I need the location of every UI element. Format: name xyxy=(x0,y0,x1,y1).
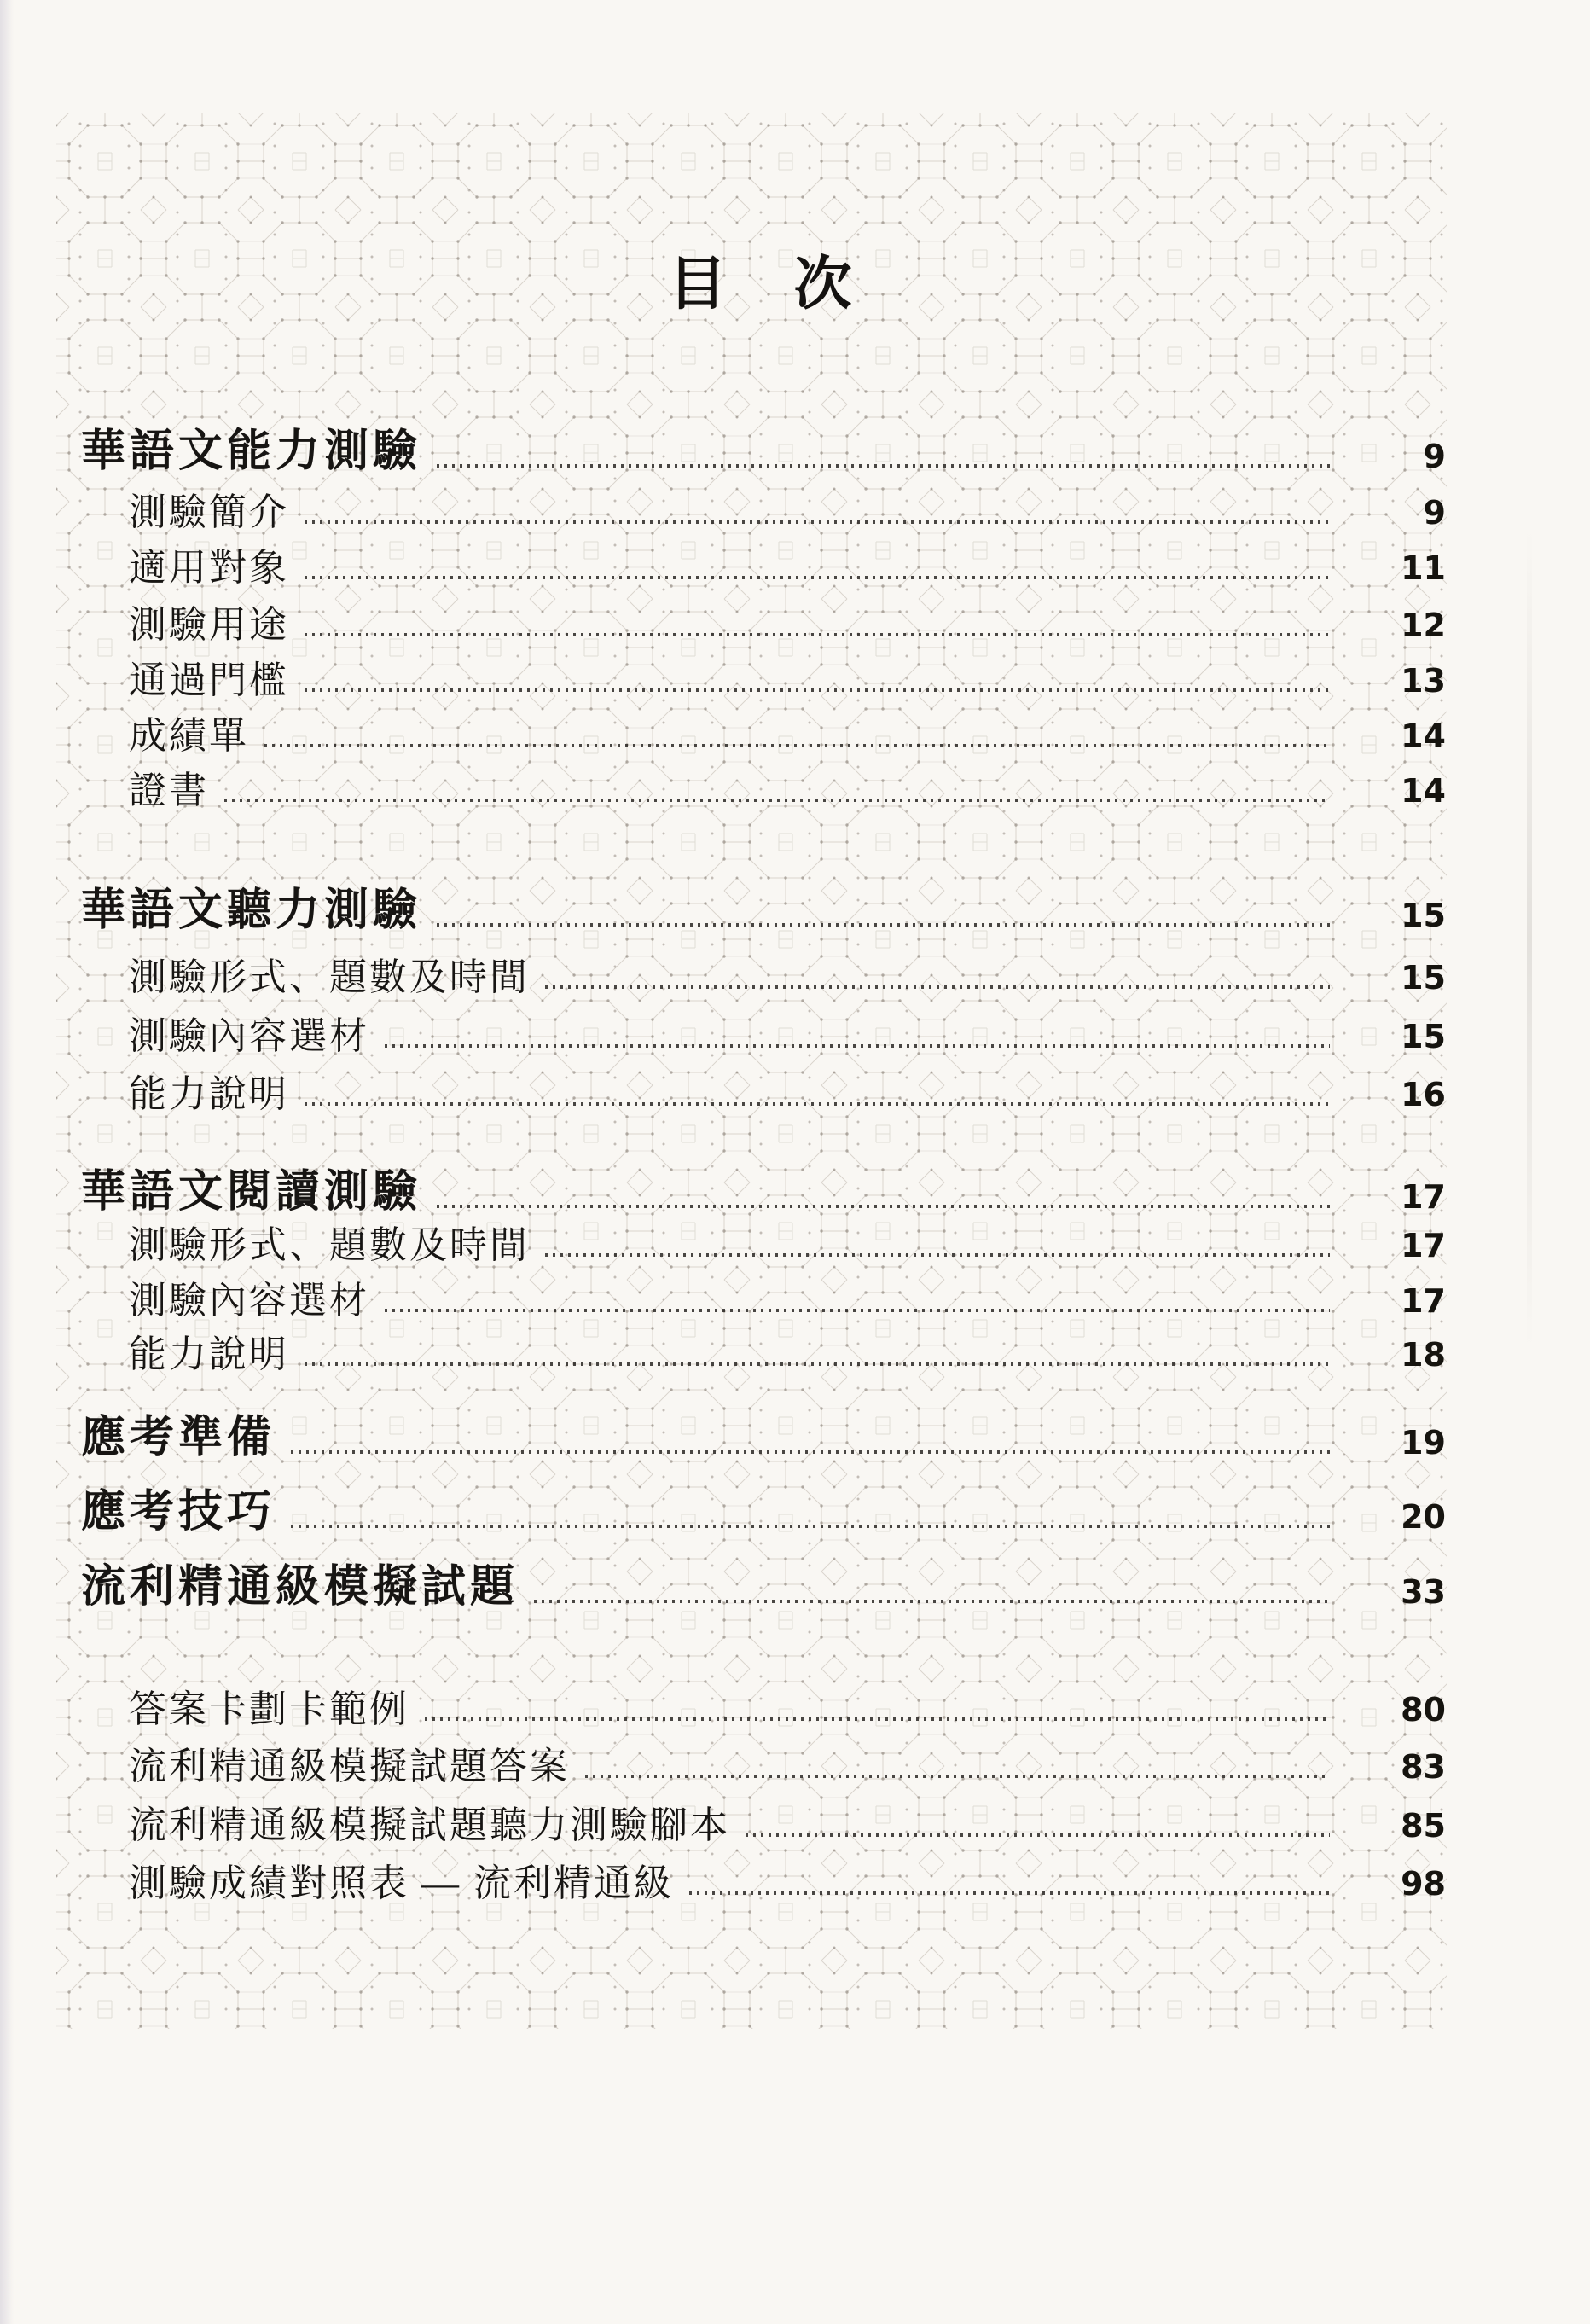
dotted-leader xyxy=(305,576,1330,579)
scanned-page: 目 次 華語文能力測驗 9 測驗簡介 9 適用對象 11 測驗用途 12 通過門… xyxy=(0,0,1590,2324)
dotted-leader xyxy=(437,923,1330,927)
toc-page-number: 9 xyxy=(1352,497,1446,532)
dotted-leader xyxy=(385,1309,1330,1312)
toc-row: 流利精通級模擬試題答案 83 xyxy=(81,1734,1446,1787)
toc-entry-label: 測驗簡介 xyxy=(129,493,289,532)
toc-row: 適用對象 11 xyxy=(81,535,1446,588)
toc-entry-label: 測驗形式、題數及時間 xyxy=(129,958,530,997)
toc-entry-label: 流利精通級模擬試題 xyxy=(81,1565,519,1612)
toc-page-number: 14 xyxy=(1352,775,1446,810)
toc-page-number: 98 xyxy=(1352,1868,1446,1903)
dotted-leader xyxy=(545,985,1330,989)
toc-row: 測驗用途 12 xyxy=(81,592,1446,645)
dotted-leader xyxy=(264,744,1330,747)
toc-entry-label: 流利精通級模擬試題答案 xyxy=(129,1747,570,1787)
toc-row: 華語文閱讀測驗 17 xyxy=(81,1164,1446,1217)
toc-page-number: 85 xyxy=(1352,1810,1446,1845)
dotted-leader xyxy=(545,1253,1330,1257)
toc-row: 測驗形式、題數及時間 17 xyxy=(81,1212,1446,1265)
dotted-leader xyxy=(291,1450,1330,1454)
toc-row: 應考技巧 20 xyxy=(81,1484,1446,1537)
toc-page-number: 11 xyxy=(1352,552,1446,588)
toc-entry-label: 華語文閱讀測驗 xyxy=(81,1170,421,1217)
toc-page-number: 15 xyxy=(1352,1020,1446,1056)
toc-row: 能力說明 16 xyxy=(81,1061,1446,1114)
toc-row: 能力說明 18 xyxy=(81,1322,1446,1374)
toc-row: 測驗形式、題數及時間 15 xyxy=(81,944,1446,997)
toc-page-number: 17 xyxy=(1352,1285,1446,1321)
toc-page-number: 17 xyxy=(1352,1181,1446,1217)
toc-entry-label: 適用對象 xyxy=(129,549,289,588)
toc-row: 測驗內容選材 17 xyxy=(81,1268,1446,1321)
toc-entry-label: 通過門檻 xyxy=(129,661,289,700)
dotted-leader xyxy=(385,1044,1330,1048)
toc-page-number: 83 xyxy=(1352,1751,1446,1787)
toc-row: 流利精通級模擬試題聽力測驗腳本 85 xyxy=(81,1792,1446,1845)
dotted-leader xyxy=(437,1205,1330,1208)
toc-entry-label: 測驗內容選材 xyxy=(129,1281,369,1321)
toc-page-number: 15 xyxy=(1352,899,1446,935)
toc-row: 流利精通級模擬試題 33 xyxy=(81,1559,1446,1612)
dotted-leader xyxy=(224,799,1330,802)
toc-page-number: 18 xyxy=(1352,1339,1446,1374)
scanner-edge-artifact xyxy=(0,0,14,2324)
dotted-leader xyxy=(291,1525,1330,1528)
toc-row: 測驗內容選材 15 xyxy=(81,1003,1446,1056)
toc-entry-label: 能力說明 xyxy=(129,1075,289,1114)
toc-page-number: 9 xyxy=(1352,440,1446,476)
toc-page-number: 80 xyxy=(1352,1694,1446,1729)
toc-page-number: 20 xyxy=(1352,1501,1446,1537)
toc-entry-label: 測驗成績對照表 — 流利精通級 xyxy=(129,1864,674,1903)
toc-entry-label: 華語文聽力測驗 xyxy=(81,888,421,935)
toc-row: 證書 14 xyxy=(81,758,1446,810)
dotted-leader xyxy=(305,1362,1330,1366)
toc-page-number: 16 xyxy=(1352,1078,1446,1114)
toc-row: 華語文能力測驗 9 xyxy=(81,423,1446,476)
toc-row: 測驗成績對照表 — 流利精通級 98 xyxy=(81,1850,1446,1903)
toc-row: 華語文聽力測驗 15 xyxy=(81,882,1446,935)
toc-entry-label: 測驗用途 xyxy=(129,606,289,645)
toc-entry-label: 流利精通級模擬試題聽力測驗腳本 xyxy=(129,1806,730,1845)
dotted-leader xyxy=(534,1600,1330,1603)
toc-entry-label: 能力說明 xyxy=(129,1335,289,1374)
toc-row: 應考準備 19 xyxy=(81,1409,1446,1462)
toc-row: 答案卡劃卡範例 80 xyxy=(81,1676,1446,1729)
toc-page-number: 19 xyxy=(1352,1426,1446,1462)
toc-entry-label: 華語文能力測驗 xyxy=(81,429,421,476)
toc-page-number: 14 xyxy=(1352,720,1446,756)
toc-entry-label: 測驗形式、題數及時間 xyxy=(129,1226,530,1265)
dotted-leader xyxy=(689,1891,1330,1895)
dotted-leader xyxy=(437,464,1330,468)
toc-page-number: 13 xyxy=(1352,665,1446,700)
dotted-leader xyxy=(585,1775,1330,1778)
toc-row: 通過門檻 13 xyxy=(81,648,1446,700)
toc-entry-label: 證書 xyxy=(129,771,209,810)
dotted-leader xyxy=(305,520,1330,524)
toc-page-number: 17 xyxy=(1352,1229,1446,1265)
toc-entry-label: 應考準備 xyxy=(81,1415,276,1462)
dotted-leader xyxy=(746,1833,1330,1837)
scan-artifact xyxy=(1527,529,1532,1348)
dotted-leader xyxy=(305,1102,1330,1106)
toc-page-number: 12 xyxy=(1352,609,1446,645)
dotted-leader xyxy=(305,688,1330,692)
dotted-leader xyxy=(425,1717,1330,1721)
toc-entry-label: 測驗內容選材 xyxy=(129,1017,369,1056)
dotted-leader xyxy=(305,633,1330,636)
toc-page-number: 15 xyxy=(1352,962,1446,997)
toc-row: 測驗簡介 9 xyxy=(81,479,1446,532)
toc-entry-label: 答案卡劃卡範例 xyxy=(129,1690,409,1729)
toc-entry-label: 應考技巧 xyxy=(81,1490,276,1537)
toc-row: 成績單 14 xyxy=(81,703,1446,756)
toc-page-number: 33 xyxy=(1352,1576,1446,1612)
toc-entry-label: 成績單 xyxy=(129,717,249,756)
table-of-contents: 華語文能力測驗 9 測驗簡介 9 適用對象 11 測驗用途 12 通過門檻 13… xyxy=(81,0,1446,2324)
